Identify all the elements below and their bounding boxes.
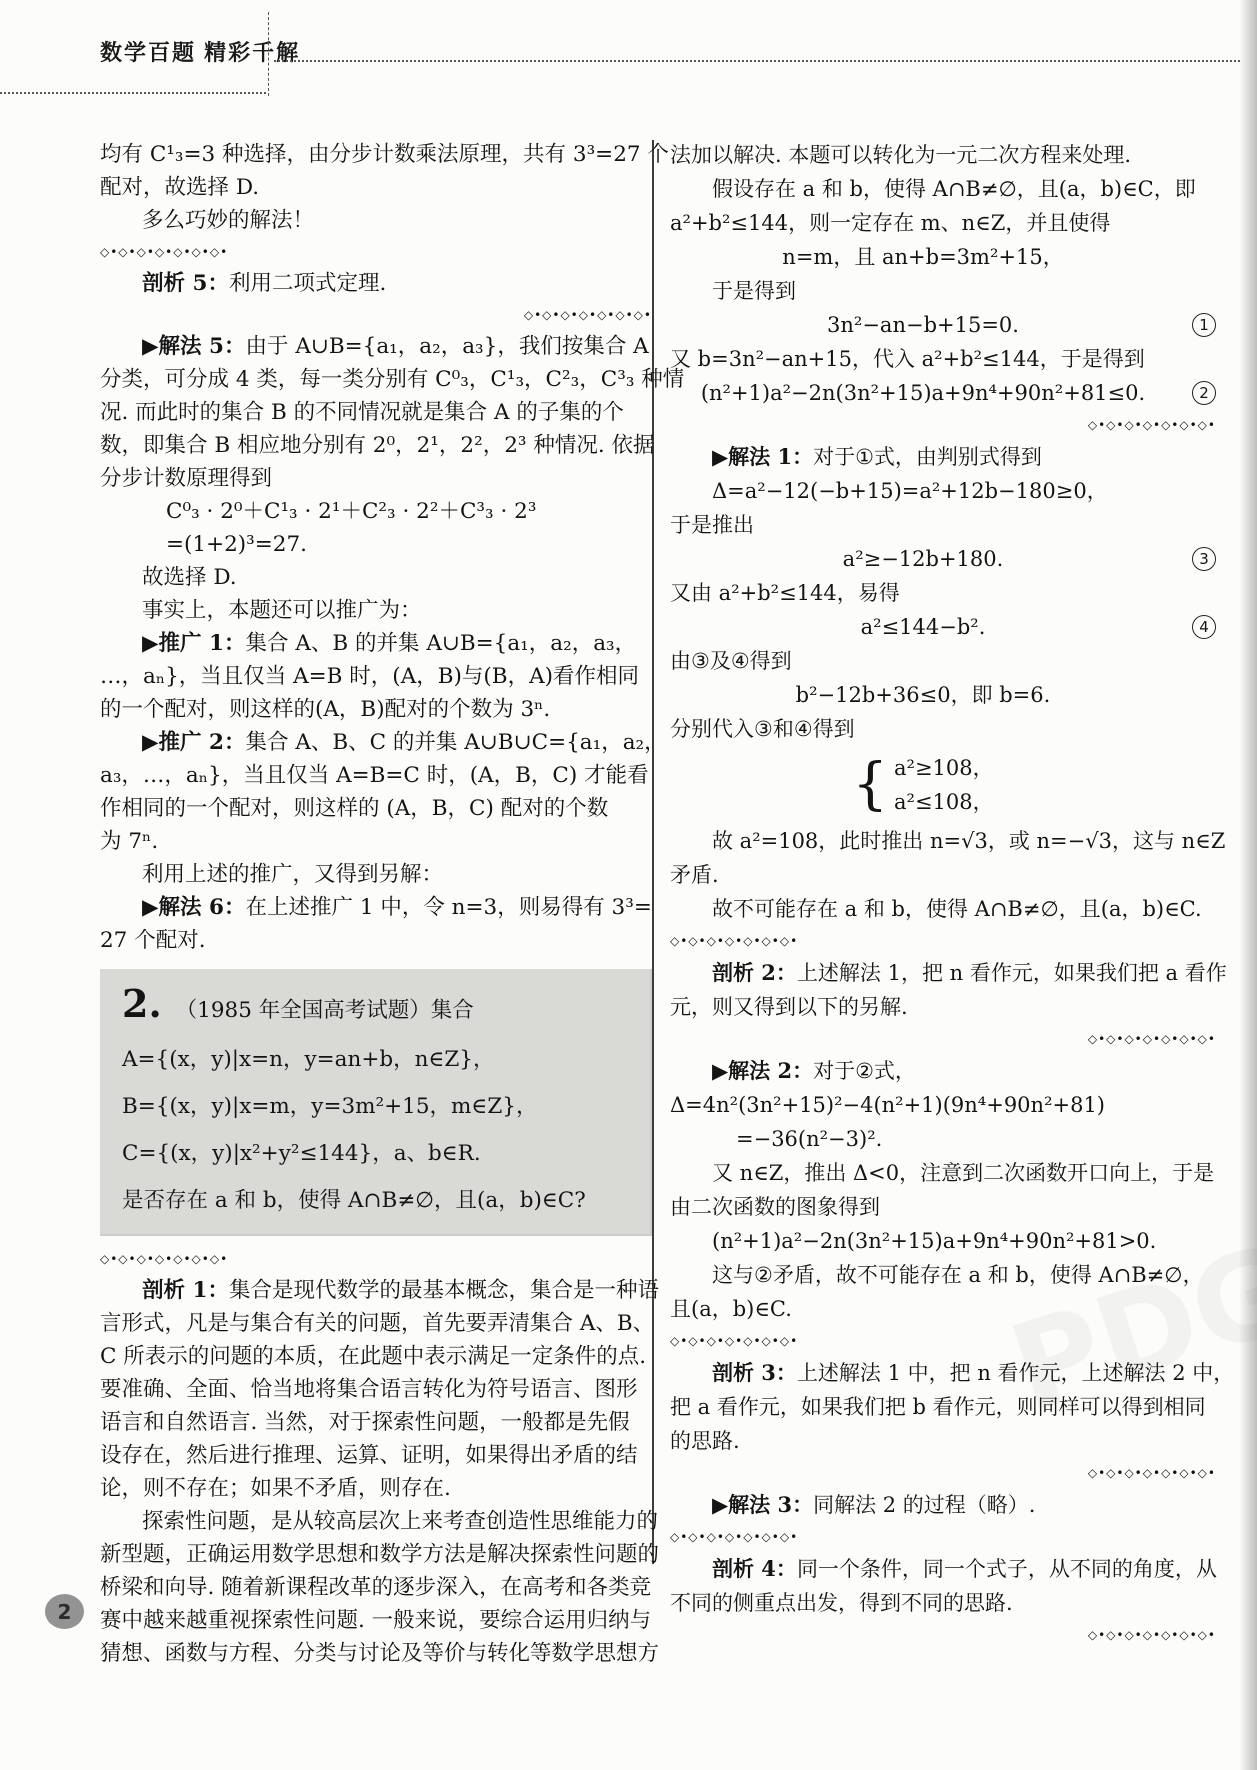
line-text: 法加以解决. 本题可以转化为一元二次方程来处理. [670, 143, 1131, 167]
text-line: 又由 a²+b²≤144，易得 [670, 576, 1216, 610]
section-divider: ◇•◇•◇•◇•◇•◇•◇• [670, 926, 1216, 956]
run-in-heading: 剖析 3： [712, 1360, 797, 1385]
line-text: C⁰₃ · 2⁰＋C¹₃ · 2¹＋C²₃ · 2²＋C³₃ · 2³ [166, 499, 536, 524]
line-text: (n²+1)a²−2n(3n²+15)a+9n⁴+90n²+81>0. [712, 1229, 1156, 1253]
text-line: C⁰₃ · 2⁰＋C¹₃ · 2¹＋C²₃ · 2²＋C³₃ · 2³ [100, 495, 652, 528]
text-line: 由二次函数的图象得到 [670, 1190, 1216, 1224]
equation-number: 4 [1192, 615, 1216, 639]
text-line: 剖析 5：利用二项式定理. [100, 267, 652, 300]
page-number-badge: 2 [45, 1594, 84, 1629]
text-line: 假设存在 a 和 b，使得 A∩B≠∅，且(a，b)∈C，即 [670, 172, 1216, 206]
text-line: (n²+1)a²−2n(3n²+15)a+9n⁴+90n²+81>0. [670, 1224, 1216, 1258]
run-in-heading: 剖析 2： [712, 960, 797, 985]
line-text: 集合 A、B 的并集 A∪B={a₁，a₂，a₃， [245, 631, 636, 656]
text-line: 剖析 2：上述解法 1，把 n 看作元，如果我们把 a 看作 [670, 956, 1216, 990]
text-line: 分步计数原理得到 [100, 462, 652, 495]
column-rule [652, 140, 654, 1564]
section-divider: ◇•◇•◇•◇•◇•◇•◇• [670, 1522, 1216, 1552]
run-in-heading: ▶推广 1： [142, 631, 245, 656]
text-line: 作相同的一个配对，则这样的 (A，B，C) 配对的个数 [100, 792, 652, 825]
line-text: 分步计数原理得到 [100, 466, 272, 491]
text-line: ▶推广 2：集合 A、B、C 的并集 A∪B∪C={a₁，a₂， [100, 726, 652, 759]
equation-line: 3n²−an−b+15=0.1 [670, 308, 1216, 342]
run-in-heading: ▶解法 5： [142, 334, 245, 359]
header-dotted-rule-top [274, 60, 1240, 62]
right-column: 法加以解决. 本题可以转化为一元二次方程来处理.假设存在 a 和 b，使得 A∩… [670, 138, 1216, 1650]
line-text: 且(a，b)∈C. [670, 1297, 792, 1321]
run-in-heading: 剖析 4： [712, 1556, 797, 1581]
problem-statement: A={(x，y)|x=n，y=an+b，n∈Z}，B={(x，y)|x=m，y=… [122, 1036, 644, 1224]
line-text: 利用上述的推广，又得到另解： [142, 862, 443, 887]
line-text: 同一个条件，同一个式子，从不同的角度，从 [797, 1557, 1217, 1581]
text-line: 语言和自然语言. 当然，对于探索性问题，一般都是先假 [100, 1406, 652, 1439]
text-line: 故 a²=108，此时推出 n=√3，或 n=−√3，这与 n∈Z [670, 824, 1216, 858]
text-line: ▶解法 5：由于 A∪B={a₁，a₂，a₃}，我们按集合 A [100, 330, 652, 363]
line-text: 在上述推广 1 中，令 n=3，则易得有 3³= [245, 895, 651, 920]
text-line: 又 b=3n²−an+15，代入 a²+b²≤144，于是得到 [670, 342, 1216, 376]
line-text: 况. 而此时的集合 B 的不同情况就是集合 A 的子集的个 [100, 400, 624, 425]
text-line: 桥梁和向导. 随着新课程改革的逐步深入，在高考和各类竞 [100, 1571, 652, 1604]
left-column-top-text: 均有 C¹₃=3 种选择，由分步计数乘法原理，共有 3³=27 个配对，故选择 … [100, 138, 652, 957]
text-line: A={(x，y)|x=n，y=an+b，n∈Z}， [122, 1036, 644, 1083]
text-line: 矛盾. [670, 858, 1216, 892]
page-number: 2 [58, 1600, 72, 1624]
line-text: Δ=a²−12(−b+15)=a²+12b−180≥0， [712, 479, 1108, 503]
text-line: ▶解法 3：同解法 2 的过程（略）. [670, 1488, 1216, 1522]
run-in-heading: ▶解法 6： [142, 895, 245, 920]
line-text: n=m，且 an+b=3m²+15， [782, 245, 1063, 269]
line-text: 故不可能存在 a 和 b，使得 A∩B≠∅，且(a，b)∈C. [712, 897, 1202, 921]
line-text: 数，即集合 B 相应地分别有 2⁰，2¹，2²，2³ 种情况. 依据 [100, 433, 655, 458]
line-text: (n²+1)a²−2n(3n²+15)a+9n⁴+90n²+81≤0. [701, 381, 1145, 405]
text-line: =−36(n²−3)². [670, 1122, 1216, 1156]
section-divider: ◇•◇•◇•◇•◇•◇•◇• [670, 1024, 1216, 1054]
equation-line: a²≤144−b².4 [670, 610, 1216, 644]
problem-box: 2. （1985 年全国高考试题）集合 A={(x，y)|x=n，y=an+b，… [100, 969, 652, 1236]
text-line: 分类，可分成 4 类，每一类分别有 C⁰₃，C¹₃，C²₃，C³₃ 种情 [100, 363, 652, 396]
line-text: =(1+2)³=27. [166, 532, 307, 557]
line-text: 多么巧妙的解法！ [142, 208, 314, 233]
text-line: 故不可能存在 a 和 b，使得 A∩B≠∅，且(a，b)∈C. [670, 892, 1216, 926]
book-page: 数学百题 精彩千解 均有 C¹₃=3 种选择，由分步计数乘法原理，共有 3³=2… [0, 0, 1257, 1770]
text-line: ▶解法 2：对于②式， [670, 1054, 1216, 1088]
section-divider: ◇•◇•◇•◇•◇•◇•◇• [670, 1458, 1216, 1488]
text-line: 不同的侧重点出发，得到不同的思路. [670, 1586, 1216, 1620]
line-text: 于是推出 [670, 513, 754, 537]
line-text: 设存在，然后进行推理、运算、证明，如果得出矛盾的结 [100, 1443, 638, 1468]
text-line: B={(x，y)|x=m，y=3m²+15，m∈Z}， [122, 1083, 644, 1130]
text-line: 要准确、全面、恰当地将集合语言转化为符号语言、图形 [100, 1373, 652, 1406]
line-text: 要准确、全面、恰当地将集合语言转化为符号语言、图形 [100, 1377, 638, 1402]
line-text: 对于②式， [813, 1059, 916, 1083]
line-text: 分类，可分成 4 类，每一类分别有 C⁰₃，C¹₃，C²₃，C³₃ 种情 [100, 367, 684, 392]
text-line: 事实上，本题还可以推广为： [100, 594, 652, 627]
line-text: Δ=4n²(3n²+15)²−4(n²+1)(9n⁴+90n²+81) [670, 1093, 1105, 1117]
line-text: a²≥−12b+180. [843, 547, 1004, 571]
line-text: 利用二项式定理. [229, 271, 386, 296]
equation-line: a²≥−12b+180.3 [670, 542, 1216, 576]
text-line: 探索性问题，是从较高层次上来考查创造性思维能力的 [100, 1505, 652, 1538]
line-text: a²+b²≤144，则一定存在 m、n∈Z，并且使得 [670, 211, 1110, 235]
line-text: 27 个配对. [100, 928, 206, 953]
text-line: Δ=a²−12(−b+15)=a²+12b−180≥0， [670, 474, 1216, 508]
line-text: C={(x，y)|x²+y²≤144}，a、b∈R. [122, 1141, 481, 1166]
text-line: 均有 C¹₃=3 种选择，由分步计数乘法原理，共有 3³=27 个 [100, 138, 652, 171]
problem-number: 2. [122, 979, 162, 1029]
line-text: 故 a²=108，此时推出 n=√3，或 n=−√3，这与 n∈Z [712, 829, 1225, 853]
line-text: 假设存在 a 和 b，使得 A∩B≠∅，且(a，b)∈C，即 [712, 177, 1196, 201]
text-line: n=m，且 an+b=3m²+15， [670, 240, 1216, 274]
line-text: 对于①式，由判别式得到 [813, 445, 1042, 469]
text-line: 的思路. [670, 1424, 1216, 1458]
line-text: …，aₙ}，当且仅当 A=B 时，(A，B)与(B，A)看作相同 [100, 664, 639, 689]
text-line: 况. 而此时的集合 B 的不同情况就是集合 A 的子集的个 [100, 396, 652, 429]
text-line: 猜想、函数与方程、分类与讨论及等价与转化等数学思想方 [100, 1637, 652, 1670]
text-line: 多么巧妙的解法！ [100, 204, 652, 237]
line-text: 这与②矛盾，故不可能存在 a 和 b，使得 A∩B≠∅， [712, 1263, 1204, 1287]
equation-system: {a²≥108，a²≤108， [670, 746, 1216, 824]
line-text: a²≤144−b². [861, 615, 986, 639]
run-in-heading: ▶解法 1： [712, 444, 813, 469]
line-text: 由③及④得到 [670, 649, 792, 673]
line-text: 不同的侧重点出发，得到不同的思路. [670, 1591, 1013, 1615]
text-line: 是否存在 a 和 b，使得 A∩B≠∅，且(a，b)∈C? [122, 1177, 644, 1224]
line-text: 集合 A、B、C 的并集 A∪B∪C={a₁，a₂， [245, 730, 665, 755]
left-column-bottom-text: ◇•◇•◇•◇•◇•◇•◇•剖析 1：集合是现代数学的最基本概念，集合是一种语言… [100, 1244, 652, 1670]
text-line: 分别代入③和④得到 [670, 712, 1216, 746]
line-text: 赛中越来越重视探索性问题. 一般来说，要综合运用归纳与 [100, 1608, 651, 1633]
text-line: 剖析 1：集合是现代数学的最基本概念，集合是一种语 [100, 1274, 652, 1307]
equation-line: a²≤108， [894, 785, 994, 819]
text-line: C={(x，y)|x²+y²≤144}，a、b∈R. [122, 1130, 644, 1177]
line-text: 又 n∈Z，推出 Δ<0，注意到二次函数开口向上，于是 [712, 1161, 1214, 1185]
line-text: 猜想、函数与方程、分类与讨论及等价与转化等数学思想方 [100, 1641, 659, 1666]
text-line: …，aₙ}，当且仅当 A=B 时，(A，B)与(B，A)看作相同 [100, 660, 652, 693]
text-line: 于是得到 [670, 274, 1216, 308]
system-lines: a²≥108，a²≤108， [894, 751, 994, 819]
run-in-heading: 剖析 1： [142, 1278, 229, 1303]
text-line: 且(a，b)∈C. [670, 1292, 1216, 1326]
line-text: 桥梁和向导. 随着新课程改革的逐步深入，在高考和各类竞 [100, 1575, 651, 1600]
text-line: b²−12b+36≤0，即 b=6. [670, 678, 1216, 712]
line-text: 是否存在 a 和 b，使得 A∩B≠∅，且(a，b)∈C? [122, 1188, 586, 1213]
line-text: =−36(n²−3)². [736, 1127, 882, 1151]
text-line: 这与②矛盾，故不可能存在 a 和 b，使得 A∩B≠∅， [670, 1258, 1216, 1292]
line-text: C 所表示的问题的本质，在此题中表示满足一定条件的点. [100, 1344, 646, 1369]
text-line: 配对，故选择 D. [100, 171, 652, 204]
text-line: 元，则又得到以下的另解. [670, 990, 1216, 1024]
section-divider: ◇•◇•◇•◇•◇•◇•◇• [100, 1244, 652, 1274]
line-text: 语言和自然语言. 当然，对于探索性问题，一般都是先假 [100, 1410, 630, 1435]
run-in-heading: 剖析 5： [142, 271, 229, 296]
line-text: 由于 A∪B={a₁，a₂，a₃}，我们按集合 A [245, 334, 648, 359]
problem-source: （1985 年全国高考试题）集合 [176, 986, 474, 1036]
section-divider: ◇•◇•◇•◇•◇•◇•◇• [670, 1620, 1216, 1650]
text-line: a₃，…，aₙ}，当且仅当 A=B=C 时，(A，B，C) 才能看 [100, 759, 652, 792]
text-line: 27 个配对. [100, 924, 652, 957]
line-text: 上述解法 1 中，把 n 看作元，上述解法 2 中， [797, 1361, 1234, 1385]
line-text: 3n²−an−b+15=0. [827, 313, 1019, 337]
line-text: 由二次函数的图象得到 [670, 1195, 880, 1219]
line-text: 为 7ⁿ. [100, 829, 158, 854]
text-line: 数，即集合 B 相应地分别有 2⁰，2¹，2²，2³ 种情况. 依据 [100, 429, 652, 462]
line-text: 于是得到 [712, 279, 796, 303]
section-divider: ◇•◇•◇•◇•◇•◇•◇• [100, 300, 652, 330]
text-line: 论，则不存在；如果不矛盾，则存在. [100, 1472, 652, 1505]
line-text: 事实上，本题还可以推广为： [142, 598, 422, 623]
run-in-heading: ▶解法 2： [712, 1058, 813, 1083]
text-line: =(1+2)³=27. [100, 528, 652, 561]
text-line: 利用上述的推广，又得到另解： [100, 858, 652, 891]
right-column-text: 法加以解决. 本题可以转化为一元二次方程来处理.假设存在 a 和 b，使得 A∩… [670, 138, 1216, 1650]
line-text: A={(x，y)|x=n，y=an+b，n∈Z}， [122, 1047, 494, 1072]
page-title: 数学百题 精彩千解 [100, 36, 300, 67]
text-line: 又 n∈Z，推出 Δ<0，注意到二次函数开口向上，于是 [670, 1156, 1216, 1190]
line-text: 新型题，正确运用数学思想和数学方法是解决探索性问题的 [100, 1542, 659, 1567]
equation-line: a²≥108， [894, 751, 994, 785]
section-divider: ◇•◇•◇•◇•◇•◇•◇• [670, 410, 1216, 440]
line-text: 上述解法 1，把 n 看作元，如果我们把 a 看作 [797, 961, 1227, 985]
text-line: 于是推出 [670, 508, 1216, 542]
text-line: ▶解法 6：在上述推广 1 中，令 n=3，则易得有 3³= [100, 891, 652, 924]
text-line: a²+b²≤144，则一定存在 m、n∈Z，并且使得 [670, 206, 1216, 240]
line-text: a₃，…，aₙ}，当且仅当 A=B=C 时，(A，B，C) 才能看 [100, 763, 649, 788]
text-line: 设存在，然后进行推理、运算、证明，如果得出矛盾的结 [100, 1439, 652, 1472]
text-line: 把 a 看作元，如果我们把 b 看作元，则同样可以得到相同 [670, 1390, 1216, 1424]
line-text: 把 a 看作元，如果我们把 b 看作元，则同样可以得到相同 [670, 1395, 1206, 1419]
equation-number: 2 [1192, 381, 1216, 405]
line-text: 的思路. [670, 1429, 740, 1453]
line-text: 探索性问题，是从较高层次上来考查创造性思维能力的 [142, 1509, 658, 1534]
line-text: 故选择 D. [142, 565, 237, 590]
text-line: ▶推广 1：集合 A、B 的并集 A∪B={a₁，a₂，a₃， [100, 627, 652, 660]
text-line: 剖析 4：同一个条件，同一个式子，从不同的角度，从 [670, 1552, 1216, 1586]
text-line: 由③及④得到 [670, 644, 1216, 678]
brace-symbol: { [852, 750, 888, 820]
text-line: 剖析 3：上述解法 1 中，把 n 看作元，上述解法 2 中， [670, 1356, 1216, 1390]
text-line: ▶解法 1：对于①式，由判别式得到 [670, 440, 1216, 474]
header-dashed-rule-vertical [268, 12, 269, 96]
line-text: 作相同的一个配对，则这样的 (A，B，C) 配对的个数 [100, 796, 608, 821]
header-dotted-rule-bottom [0, 92, 266, 94]
text-line: 故选择 D. [100, 561, 652, 594]
line-text: B={(x，y)|x=m，y=3m²+15，m∈Z}， [122, 1094, 537, 1119]
line-text: 的一个配对，则这样的(A，B)配对的个数为 3ⁿ. [100, 697, 550, 722]
section-divider: ◇•◇•◇•◇•◇•◇•◇• [670, 1326, 1216, 1356]
run-in-heading: ▶解法 3： [712, 1492, 813, 1517]
text-line: Δ=4n²(3n²+15)²−4(n²+1)(9n⁴+90n²+81) [670, 1088, 1216, 1122]
line-text: b²−12b+36≤0，即 b=6. [796, 683, 1051, 707]
text-line: 赛中越来越重视探索性问题. 一般来说，要综合运用归纳与 [100, 1604, 652, 1637]
page-edge-shadow [1239, 0, 1257, 1770]
run-in-heading: ▶推广 2： [142, 730, 245, 755]
line-text: 同解法 2 的过程（略）. [813, 1493, 1035, 1517]
text-line: 法加以解决. 本题可以转化为一元二次方程来处理. [670, 138, 1216, 172]
text-line: 的一个配对，则这样的(A，B)配对的个数为 3ⁿ. [100, 693, 652, 726]
line-text: 配对，故选择 D. [100, 175, 259, 200]
line-text: 又由 a²+b²≤144，易得 [670, 581, 900, 605]
equation-number: 1 [1192, 313, 1216, 337]
line-text: 言形式，凡是与集合有关的问题，首先要弄清集合 A、B、 [100, 1311, 654, 1336]
line-text: 均有 C¹₃=3 种选择，由分步计数乘法原理，共有 3³=27 个 [100, 142, 669, 167]
line-text: 元，则又得到以下的另解. [670, 995, 908, 1019]
equation-line: (n²+1)a²−2n(3n²+15)a+9n⁴+90n²+81≤0.2 [670, 376, 1216, 410]
line-text: 集合是现代数学的最基本概念，集合是一种语 [229, 1278, 659, 1303]
left-column: 均有 C¹₃=3 种选择，由分步计数乘法原理，共有 3³=27 个配对，故选择 … [100, 138, 652, 1670]
line-text: 分别代入③和④得到 [670, 717, 855, 741]
text-line: 新型题，正确运用数学思想和数学方法是解决探索性问题的 [100, 1538, 652, 1571]
problem-heading: 2. （1985 年全国高考试题）集合 [122, 979, 644, 1036]
text-line: C 所表示的问题的本质，在此题中表示满足一定条件的点. [100, 1340, 652, 1373]
section-divider: ◇•◇•◇•◇•◇•◇•◇• [100, 237, 652, 267]
equation-number: 3 [1192, 547, 1216, 571]
text-line: 为 7ⁿ. [100, 825, 652, 858]
text-line: 言形式，凡是与集合有关的问题，首先要弄清集合 A、B、 [100, 1307, 652, 1340]
line-text: 论，则不存在；如果不矛盾，则存在. [100, 1476, 451, 1501]
line-text: 又 b=3n²−an+15，代入 a²+b²≤144，于是得到 [670, 347, 1145, 371]
line-text: 矛盾. [670, 863, 719, 887]
